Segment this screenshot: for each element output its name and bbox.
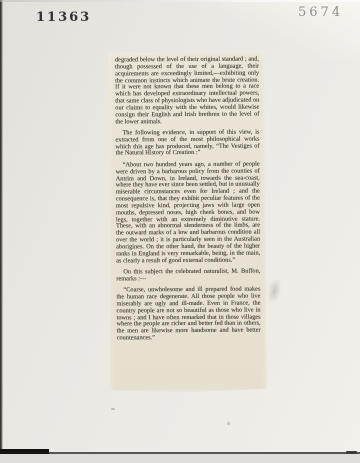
paper-speck-2 — [227, 422, 230, 425]
catalog-stamp-left: 11363 — [36, 10, 91, 25]
clipping-paragraph-3: “About two hundred years ago, a number o… — [116, 161, 261, 265]
clipping-paragraph-1: degraded below the level of their origin… — [115, 57, 259, 126]
paper-speck — [111, 408, 115, 410]
mount-strip-below — [0, 454, 360, 463]
pencil-smudge — [265, 277, 283, 305]
catalog-stamp-right: 5674 — [298, 5, 343, 20]
photo-edge-top — [0, 0, 360, 2]
photo-edge-left — [0, 0, 3, 463]
clipping-paragraph-5: “Coarse, unwholesome and ill prepared fo… — [116, 287, 260, 343]
clipping-paragraph-4: On this subject the celebrated naturalis… — [116, 269, 260, 284]
clipping-paragraph-2: The following evidence, in support of th… — [115, 129, 259, 157]
scanned-photo-page: 11363 5674 degraded below the level of t… — [0, 0, 360, 463]
newspaper-clipping: degraded below the level of their origin… — [108, 52, 267, 393]
